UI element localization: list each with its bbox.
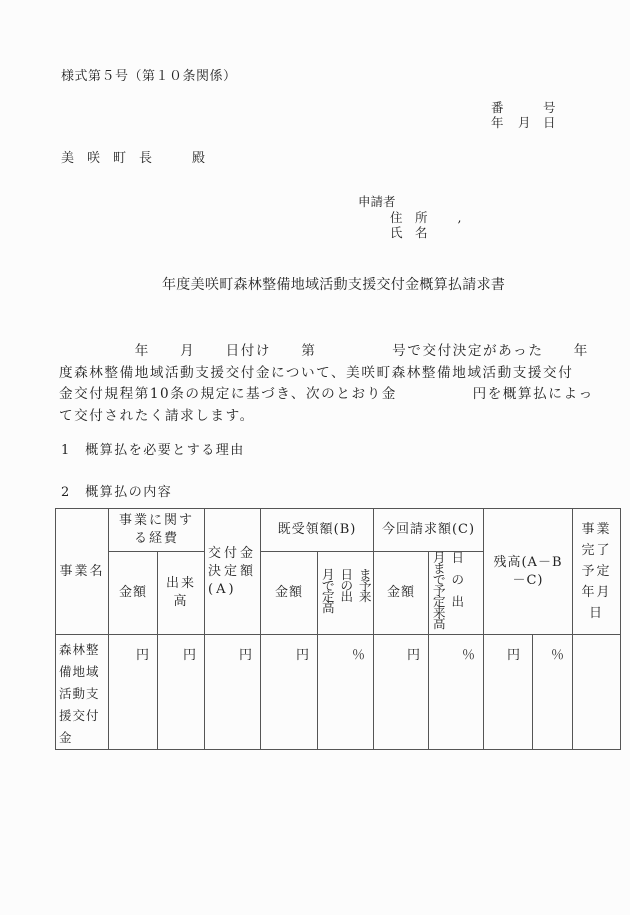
cell-request-amount[interactable]: 円	[374, 635, 429, 750]
cell-received-progress[interactable]: ％	[318, 635, 374, 750]
doc-number-ban: 番	[491, 102, 543, 115]
body-line-1: 年 月 日付け 第 号で交付決定があった 年	[59, 341, 564, 363]
header-balance-line2: －C)	[484, 572, 572, 590]
header-balance: 残高(A－B －C)	[484, 509, 573, 635]
header-received-amount: 金額	[261, 552, 318, 635]
address-label: 住 所	[390, 210, 428, 225]
addressee-char: 長	[139, 152, 192, 165]
planned-progress-c-line3: 定 出 来	[433, 596, 483, 618]
planned-progress-c-line1: 月 日 ま	[433, 552, 483, 574]
cell-grant-decision[interactable]: 円	[205, 635, 261, 750]
section-reason-heading: 1 概算払を必要とする理由	[61, 444, 245, 457]
header-cost-progress: 出来 高	[158, 552, 205, 635]
address-comma: ,	[458, 210, 462, 225]
request-body: 年 月 日付け 第 号で交付決定があった 年 度森林整備地域活動支援交付金につい…	[59, 341, 564, 427]
date-day: 日	[543, 117, 556, 130]
header-completion-line4: 年月	[573, 582, 620, 603]
header-balance-line1: 残高(A－B	[484, 554, 572, 572]
project-name-line: 活動支	[59, 683, 108, 705]
applicant-label: 申請者	[358, 196, 396, 209]
project-name-line: 援交付	[59, 705, 108, 727]
header-completion-line5: 日	[573, 603, 620, 624]
header-progress-line2: 高	[158, 593, 204, 611]
advance-payment-table: 事業名 事業に関す る経費 交付金 決定額 (A) 既受領額(B) 今回請求額(…	[55, 508, 621, 750]
header-grant-decision: 交付金 決定額 (A)	[205, 509, 261, 635]
header-progress-line1: 出来	[158, 575, 204, 593]
body-line-2: 度森林整備地域活動支援交付金について、美咲町森林整備地域活動支援交付	[59, 363, 564, 385]
date-line: 年月日	[491, 117, 556, 130]
table-row: 森林整 備地域 活動支 援交付 金 円 円 円 円 ％ 円 ％ 円 ％	[56, 635, 621, 750]
header-grant-decision-line3: (A)	[208, 581, 260, 599]
cell-cost-amount[interactable]: 円	[109, 635, 158, 750]
header-project-cost-line1: 事業に関す	[109, 512, 204, 530]
header-received-planned-progress: 月 日 ま で の 予 定 出 来 高	[318, 552, 374, 635]
cell-balance-percent[interactable]: ％	[533, 635, 573, 750]
date-year: 年	[491, 117, 518, 130]
header-already-received: 既受領額(B)	[261, 509, 374, 552]
header-completion-line2: 完了	[573, 540, 620, 561]
header-cost-amount: 金額	[109, 552, 158, 635]
date-month: 月	[518, 117, 543, 130]
project-name-line: 備地域	[59, 661, 108, 683]
header-request-planned-progress: 月 日 ま で の 予 定 出 来 高	[429, 552, 484, 635]
body-line-3: 金交付規程第10条の規定に基づき、次のとおり金 円を概算払によっ	[59, 384, 564, 406]
cell-balance-amount[interactable]: 円	[484, 635, 533, 750]
form-number: 様式第５号（第１０条関係）	[61, 70, 237, 83]
header-current-request: 今回請求額(C)	[374, 509, 484, 552]
body-line-4: て交付されたく請求します。	[59, 406, 564, 428]
addressee-char: 咲	[87, 152, 113, 165]
addressee-honorific: 殿	[192, 152, 205, 165]
header-completion-line3: 予定	[573, 561, 620, 582]
planned-progress-c-line4: 高	[433, 618, 483, 629]
header-completion-line1: 事業	[573, 519, 620, 540]
project-name-line: 金	[59, 727, 108, 749]
applicant-name: 氏 名	[390, 227, 428, 240]
applicant-address: 住 所,	[390, 212, 462, 225]
header-completion-date: 事業 完了 予定 年月 日	[573, 509, 621, 635]
cell-project-name: 森林整 備地域 活動支 援交付 金	[56, 635, 109, 750]
header-grant-decision-line2: 決定額	[208, 563, 260, 581]
addressee-char: 美	[61, 152, 87, 165]
document-title: 年度美咲町森林整備地域活動支援交付金概算払請求書	[162, 278, 505, 292]
doc-number-go: 号	[543, 102, 556, 115]
header-request-amount: 金額	[374, 552, 429, 635]
cell-cost-progress[interactable]: 円	[158, 635, 205, 750]
addressee: 美咲町長殿	[61, 152, 205, 165]
project-name-line: 森林整	[59, 639, 108, 661]
cell-received-amount[interactable]: 円	[261, 635, 318, 750]
cell-completion-date[interactable]	[573, 635, 621, 750]
header-project-cost-line2: る経費	[109, 530, 204, 548]
document-number-line: 番号	[491, 102, 556, 115]
addressee-char: 町	[113, 152, 139, 165]
header-grant-decision-line1: 交付金	[208, 545, 260, 563]
header-project-cost: 事業に関す る経費	[109, 509, 205, 552]
planned-progress-c-line2: で の 予	[433, 574, 483, 596]
section-content-heading: 2 概算払の内容	[61, 486, 172, 499]
cell-request-progress[interactable]: ％	[429, 635, 484, 750]
header-project-name: 事業名	[56, 509, 109, 635]
